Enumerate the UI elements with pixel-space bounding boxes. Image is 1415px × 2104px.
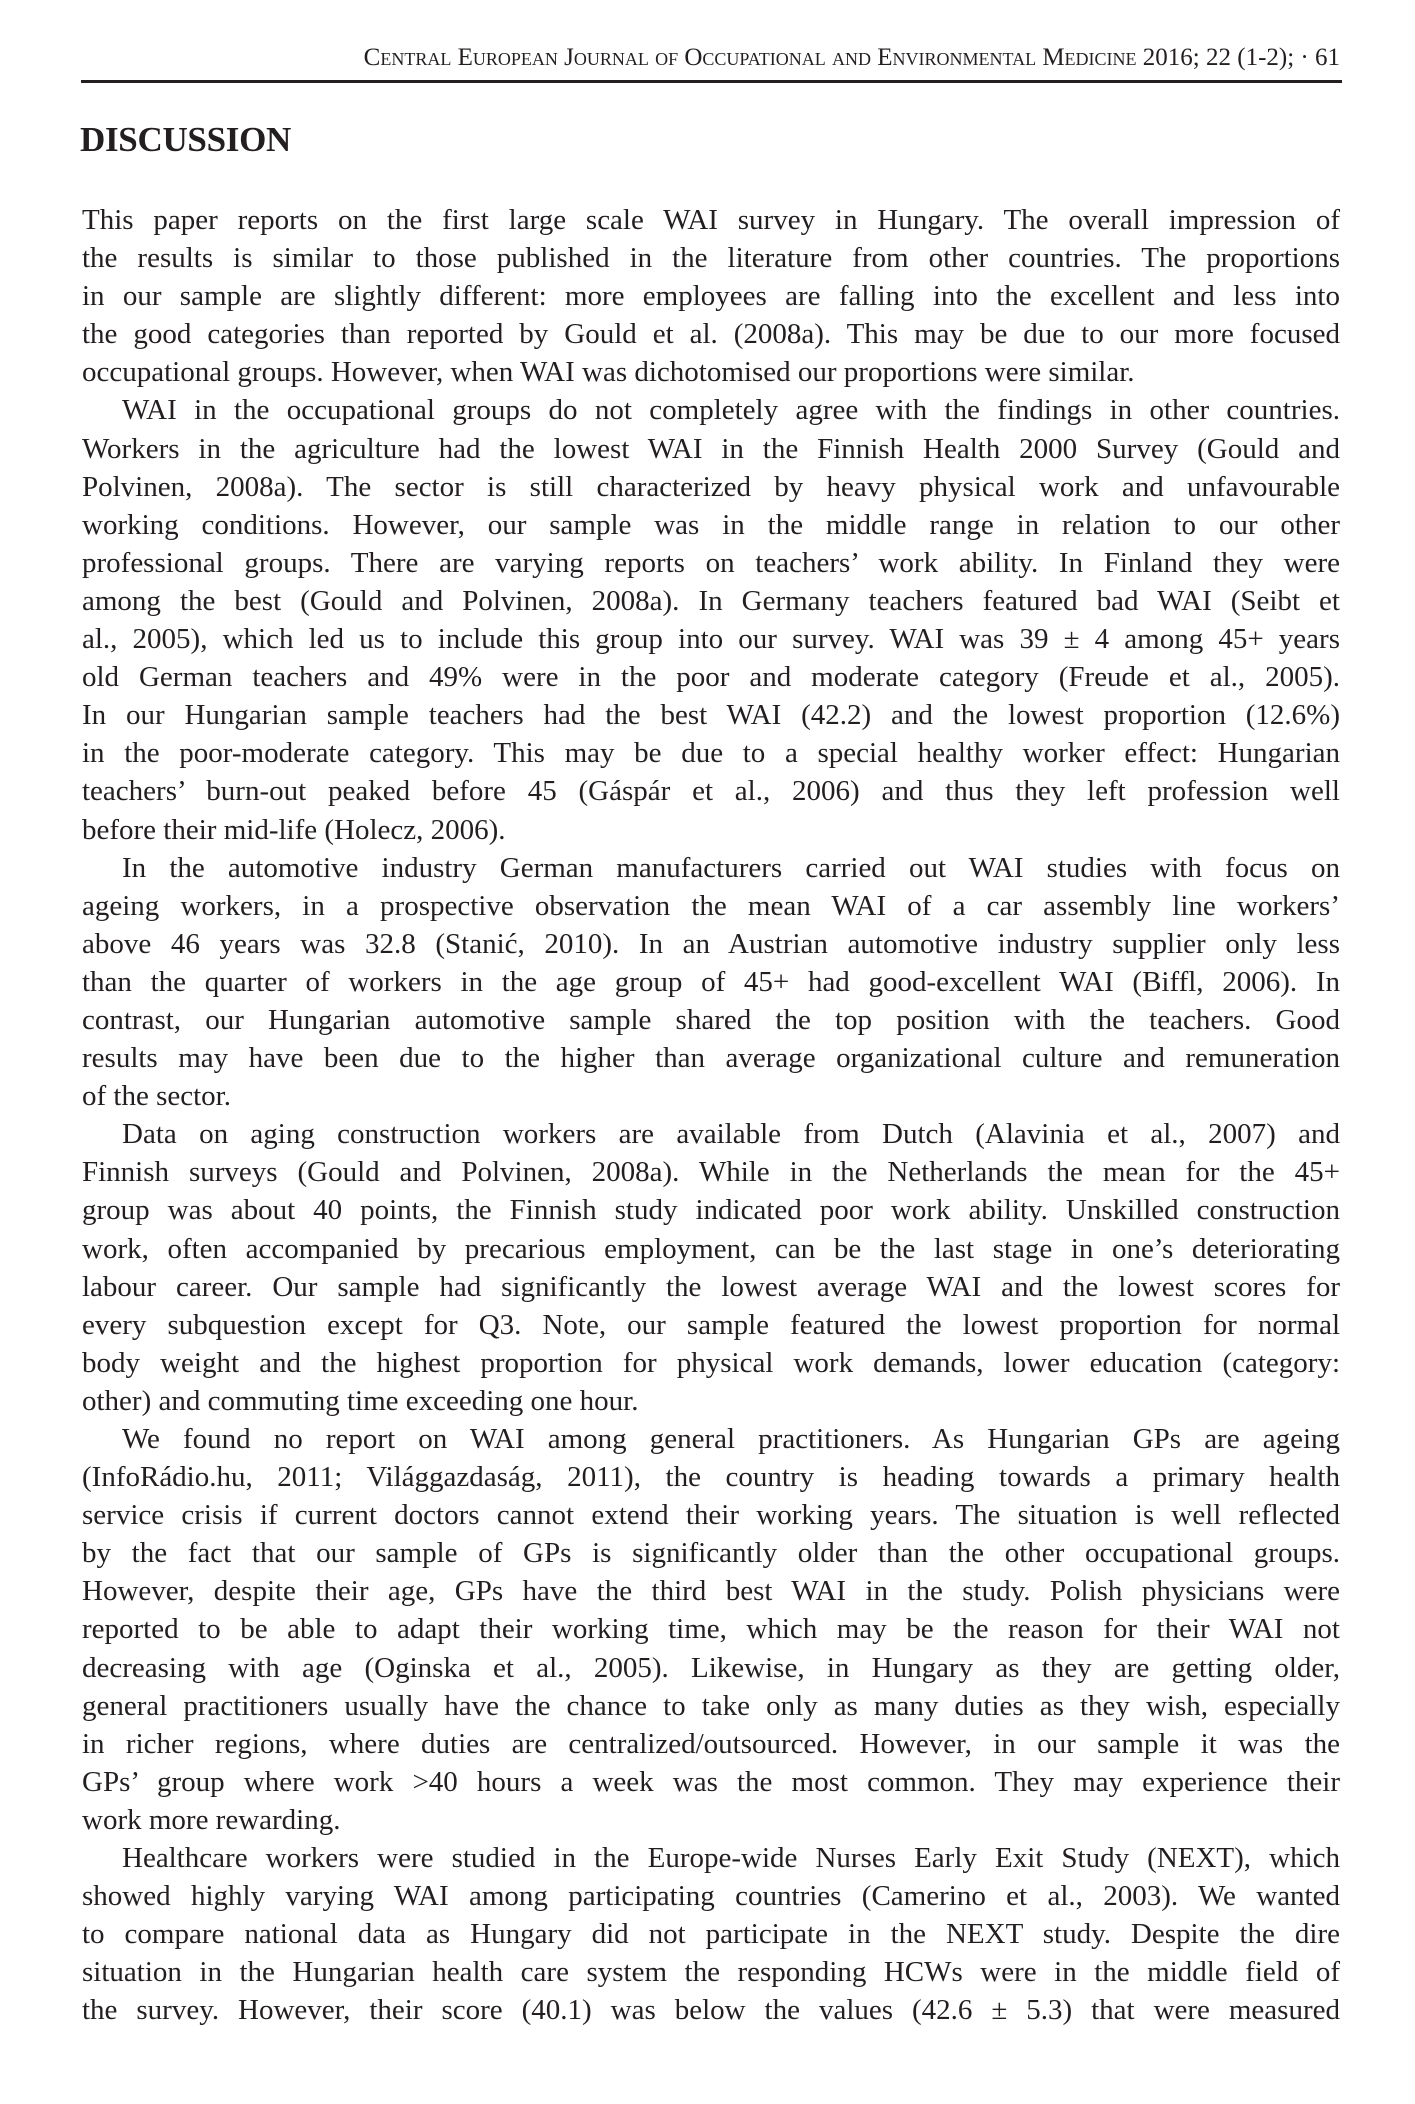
section-heading: DISCUSSION bbox=[80, 118, 291, 162]
text-line: in the poor-moderate category. This may … bbox=[82, 734, 1340, 772]
text-line: ageing workers, in a prospective observa… bbox=[82, 887, 1340, 925]
running-header: Central European Journal of Occupational… bbox=[82, 42, 1340, 74]
text-line: In our Hungarian sample teachers had the… bbox=[82, 696, 1340, 734]
text-line: the results is similar to those publishe… bbox=[82, 239, 1340, 277]
body-text: This paper reports on the first large sc… bbox=[82, 201, 1340, 2030]
text-line: (InfoRádio.hu, 2011; Világgazdaság, 2011… bbox=[82, 1458, 1340, 1496]
text-line: results may have been due to the higher … bbox=[82, 1039, 1340, 1077]
text-line: GPs’ group where work >40 hours a week w… bbox=[82, 1763, 1340, 1801]
text-line: labour career. Our sample had significan… bbox=[82, 1268, 1340, 1306]
text-line: Healthcare workers were studied in the E… bbox=[82, 1839, 1340, 1877]
text-line: other) and commuting time exceeding one … bbox=[82, 1382, 1340, 1420]
text-line: professional groups. There are varying r… bbox=[82, 544, 1340, 582]
text-line: contrast, our Hungarian automotive sampl… bbox=[82, 1001, 1340, 1039]
text-line: of the sector. bbox=[82, 1077, 1340, 1115]
text-line: Data on aging construction workers are a… bbox=[82, 1115, 1340, 1153]
text-line: decreasing with age (Oginska et al., 200… bbox=[82, 1649, 1340, 1687]
text-line: in richer regions, where duties are cent… bbox=[82, 1725, 1340, 1763]
paragraph: In the automotive industry German manufa… bbox=[82, 849, 1340, 1116]
paragraph: WAI in the occupational groups do not co… bbox=[82, 391, 1340, 848]
text-line: work more rewarding. bbox=[82, 1801, 1340, 1839]
text-line: every subquestion except for Q3. Note, o… bbox=[82, 1306, 1340, 1344]
text-line: showed highly varying WAI among particip… bbox=[82, 1877, 1340, 1915]
text-line: old German teachers and 49% were in the … bbox=[82, 658, 1340, 696]
text-line: al., 2005), which led us to include this… bbox=[82, 620, 1340, 658]
text-line: In the automotive industry German manufa… bbox=[82, 849, 1340, 887]
text-line: above 46 years was 32.8 (Stanić, 2010). … bbox=[82, 925, 1340, 963]
text-line: the survey. However, their score (40.1) … bbox=[82, 1991, 1340, 2029]
paragraph: Healthcare workers were studied in the E… bbox=[82, 1839, 1340, 2029]
text-line: We found no report on WAI among general … bbox=[82, 1420, 1340, 1458]
issue-and-page: 2016; 22 (1-2); · 61 bbox=[1137, 44, 1340, 71]
text-line: occupational groups. However, when WAI w… bbox=[82, 353, 1340, 391]
text-line: Polvinen, 2008a). The sector is still ch… bbox=[82, 468, 1340, 506]
text-line: in our sample are slightly different: mo… bbox=[82, 277, 1340, 315]
text-line: general practitioners usually have the c… bbox=[82, 1687, 1340, 1725]
text-line: work, often accompanied by precarious em… bbox=[82, 1230, 1340, 1268]
text-line: working conditions. However, our sample … bbox=[82, 506, 1340, 544]
text-line: WAI in the occupational groups do not co… bbox=[82, 391, 1340, 429]
text-line: among the best (Gould and Polvinen, 2008… bbox=[82, 582, 1340, 620]
header-rule bbox=[81, 80, 1342, 83]
paragraph: This paper reports on the first large sc… bbox=[82, 201, 1340, 391]
text-line: However, despite their age, GPs have the… bbox=[82, 1572, 1340, 1610]
paragraph: We found no report on WAI among general … bbox=[82, 1420, 1340, 1839]
text-line: group was about 40 points, the Finnish s… bbox=[82, 1191, 1340, 1229]
text-line: service crisis if current doctors cannot… bbox=[82, 1496, 1340, 1534]
text-line: teachers’ burn-out peaked before 45 (Gás… bbox=[82, 772, 1340, 810]
text-line: body weight and the highest proportion f… bbox=[82, 1344, 1340, 1382]
text-line: Workers in the agriculture had the lowes… bbox=[82, 430, 1340, 468]
paragraph: Data on aging construction workers are a… bbox=[82, 1115, 1340, 1420]
text-line: to compare national data as Hungary did … bbox=[82, 1915, 1340, 1953]
text-line: by the fact that our sample of GPs is si… bbox=[82, 1534, 1340, 1572]
text-line: Finnish surveys (Gould and Polvinen, 200… bbox=[82, 1153, 1340, 1191]
journal-title: Central European Journal of Occupational… bbox=[364, 44, 1137, 71]
text-line: reported to be able to adapt their worki… bbox=[82, 1610, 1340, 1648]
text-line: the good categories than reported by Gou… bbox=[82, 315, 1340, 353]
text-line: situation in the Hungarian health care s… bbox=[82, 1953, 1340, 1991]
text-line: than the quarter of workers in the age g… bbox=[82, 963, 1340, 1001]
text-line: This paper reports on the first large sc… bbox=[82, 201, 1340, 239]
text-line: before their mid-life (Holecz, 2006). bbox=[82, 811, 1340, 849]
